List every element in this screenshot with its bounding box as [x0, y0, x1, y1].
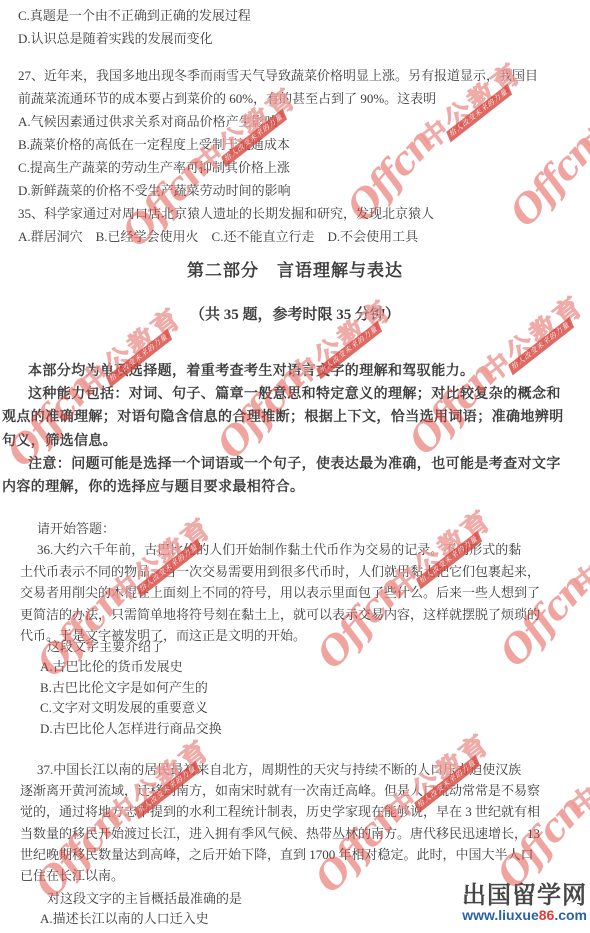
section-header: 第二部分 言语理解与表达 — [0, 258, 590, 284]
q27-option-d: D.新鲜蔬菜的价格不受生产蔬菜劳动时间的影响 — [18, 179, 538, 202]
q37-option-a: A.描述长江以南的人口迁入史 — [20, 907, 209, 930]
q27-stem-line-2: 前蔬菜流通环节的成本要占到菜价的 60%，有的甚至占到了 90%。这表明 — [18, 87, 538, 110]
site-url-www: www.liuxue — [462, 907, 539, 923]
watermark-brand-text: 中公教育 — [561, 718, 590, 823]
q36-option-c: C.文字对文明发展的重要意义 — [20, 698, 222, 719]
q36-option-a: A.古巴比伦的货币发展史 — [20, 657, 222, 678]
question-37-stem-block: 37.中国长江以南的居民最初来自北方，周期性的天灾与持续不断的人口压力迫使汉族 … — [20, 759, 540, 886]
q36-stem-line-3: 交易者用削尖的木棍在上面刻上不同的符号，用以表示里面包了些什么。后来一些人想到了 — [20, 582, 540, 604]
site-logo-url: www.liuxue86.com — [462, 908, 587, 922]
q37-stem-line-1: 37.中国长江以南的居民最初来自北方，周期性的天灾与持续不断的人口压力迫使汉族 — [20, 759, 540, 780]
q27-stem-line-1: 27、近年来，我国多地出现冬季而雨雪天气导致蔬菜价格明显上涨。另有报道显示，我国… — [18, 64, 538, 87]
instructions-line-3: 观点的准确理解；对语句隐含信息的合理推断；根据上下文，恰当选用词语；准确地辨明 — [2, 406, 564, 429]
q36-question: 这段文字主要介绍了 — [20, 635, 164, 658]
question-36-stem-block: 36.大约六千年前，古巴比伦的人们开始制作黏土代币作为交易的记录。不同形式的黏 … — [20, 539, 540, 647]
instructions-block: 本部分均为单项选择题，着重考查考生对语言文字的理解和驾驭能力。 这种能力包括：对… — [2, 360, 564, 499]
site-logo-name: 出国留学网 — [462, 883, 587, 909]
q37-stem-line-3: 觉的，通过将地方志中提到的水利工程统计制表，历史学家现在能够说，早在 3 世纪就… — [20, 801, 540, 822]
instructions-line-5: 注意：问题可能是选择一个词语或一个句子，使表达最为准确，也可能是考查对文字 — [2, 453, 564, 476]
section-subtitle: （共 35 题，参考时限 35 分钟） — [0, 303, 590, 327]
q27-option-b: B.蔬菜价格的高低在一定程度上受制于流通成本 — [18, 133, 538, 156]
instructions-line-2: 这种能力包括：对词、句子、篇章一般意思和特定意义的理解；对比较复杂的概念和 — [2, 383, 564, 406]
instructions-line-4: 句义，筛选信息。 — [2, 430, 564, 453]
site-logo: 出国留学网 www.liuxue86.com — [462, 883, 587, 922]
q27-option-a: A.气候因素通过供求关系对商品价格产生影响 — [18, 110, 538, 133]
q36-stem-line-1: 36.大约六千年前，古巴比伦的人们开始制作黏土代币作为交易的记录。不同形式的黏 — [20, 539, 540, 561]
q35-options-line: A.群居洞穴 B.已经学会使用火 C.还不能直立行走 D.不会使用工具 — [18, 225, 538, 248]
prev-option-d: D.认识总是随着实践的发展而变化 — [18, 27, 251, 50]
q36-stem-line-2: 土代币表示不同的物品。当一次交易需要用到很多代币时，人们就用黏土把它们包裹起来， — [20, 561, 540, 583]
previous-question-options-block: C.真题是一个由不正确到正确的发展过程 D.认识总是随着实践的发展而变化 — [18, 4, 251, 50]
q37-stem-line-5: 世纪晚期移民数量达到高峰，之后开始下降，直到 1700 年相对稳定。此时，中国大… — [20, 844, 540, 865]
exam-document-page: C.真题是一个由不正确到正确的发展过程 D.认识总是随着实践的发展而变化 27、… — [0, 0, 590, 933]
q35-stem: 35、科学家通过对周口店北京猿人遗址的长期发掘和研究，发现北京猿人 — [18, 202, 538, 225]
prev-option-c: C.真题是一个由不正确到正确的发展过程 — [18, 4, 251, 27]
q27-option-c: C.提高生产蔬菜的劳动生产率可抑制其价格上涨 — [18, 156, 538, 179]
section-subheader: （共 35 题，参考时限 35 分钟） — [0, 303, 590, 327]
q37-stem-line-2: 逐渐离开黄河流域，迁移到南方，如南宋时就有一次南迁高峰。但是人口流动常常是不易察 — [20, 780, 540, 801]
q36-stem-line-4: 更简洁的办法，只需简单地将符号刻在黏土上，就可以表示交易内容，这样就摆脱了烦琐的 — [20, 604, 540, 626]
question-37-options-block: A.描述长江以南的人口迁入史 — [20, 907, 209, 930]
question-36-question-block: 这段文字主要介绍了 — [20, 635, 164, 658]
question-27-block: 27、近年来，我国多地出现冬季而雨雪天气导致蔬菜价格明显上涨。另有报道显示，我国… — [18, 64, 538, 248]
start-answering-prompt-block: 请开始答题： — [20, 517, 115, 540]
instructions-line-1: 本部分均为单项选择题，着重考查考生对语言文字的理解和驾驭能力。 — [2, 360, 564, 383]
section-title: 第二部分 言语理解与表达 — [0, 258, 590, 284]
site-url-number: 86 — [539, 907, 555, 923]
watermark-brand-text: 中公教育 — [564, 496, 590, 601]
q37-stem-line-4: 当数量的移民开始渡过长江，进入拥有季风气候、热带丛林的南方。唐代移民迅速增长，1… — [20, 823, 540, 844]
site-url-dotcom: .com — [554, 907, 587, 923]
q36-option-d: D.古巴比伦人怎样进行商品交换 — [20, 719, 222, 740]
question-36-options-block: A.古巴比伦的货币发展史 B.古巴比伦文字是如何产生的 C.文字对文明发展的重要… — [20, 657, 222, 739]
start-answering-prompt: 请开始答题： — [20, 517, 115, 540]
q36-option-b: B.古巴比伦文字是如何产生的 — [20, 678, 222, 699]
instructions-line-6: 内容的理解，你的选择应与题目要求最相符合。 — [2, 476, 564, 499]
watermark-brand-text: 中公教育 — [574, 56, 590, 161]
